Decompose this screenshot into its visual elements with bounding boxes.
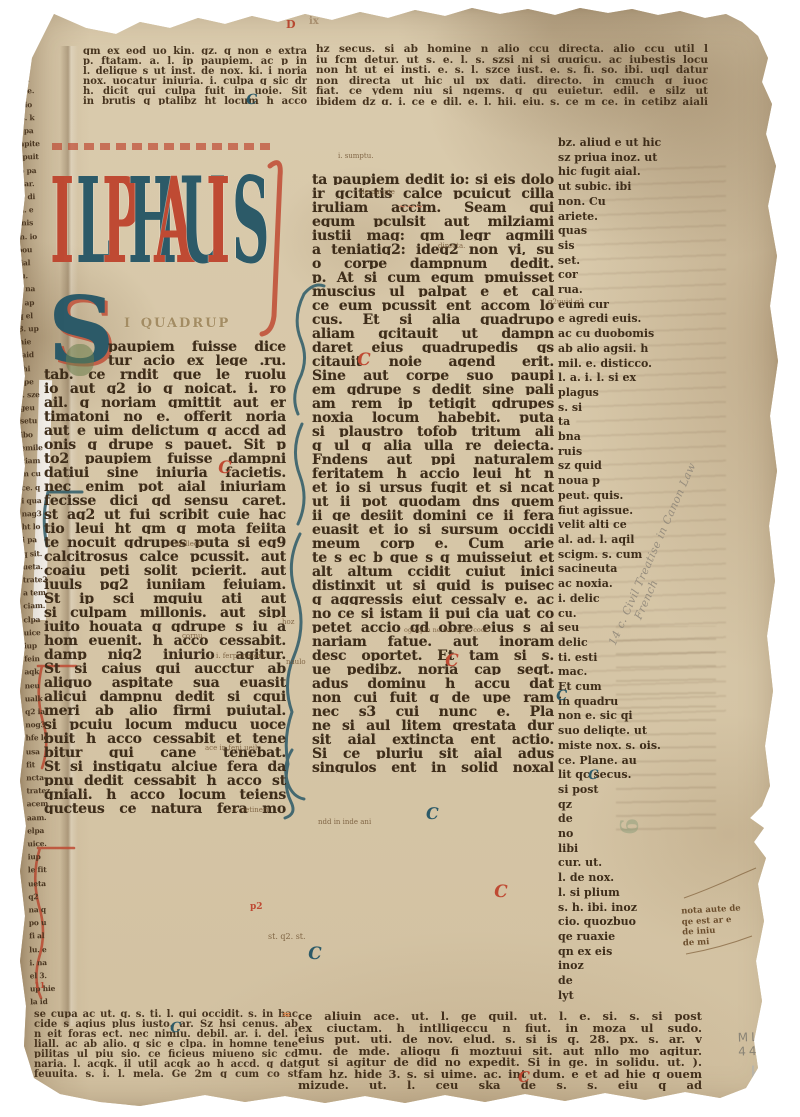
gloss-line: lit qc secus. [558, 768, 710, 783]
text-line: onis q drupe s pauet. Sit p [44, 436, 286, 450]
display-capital: P [102, 148, 113, 294]
gloss-line: non. Cu [558, 195, 710, 210]
gloss-line: no [558, 827, 710, 842]
text-line: feritatem h accio leui ht n [312, 465, 554, 479]
gloss-line: ex ciuctam. h intlligeccu n fiut. in moz… [298, 1022, 702, 1034]
manuscript-photo: D ix qm ex eod uo kin. gz. q non e extra… [0, 0, 800, 1117]
text-line: daret eius quadrupedis qs [312, 339, 554, 353]
gloss-line: cide s aqius plus iusto. ar. Sz hsi cenu… [34, 1018, 298, 1028]
gloss-line: ta [558, 415, 710, 430]
gloss-line: scigm. s. cum [558, 548, 710, 563]
text-line: tio leui ht qm q mota feiita [44, 520, 286, 534]
text-line: o corpe dampnum dedit. [312, 255, 554, 269]
text-line: si plaustro tofob tritum ali [312, 423, 554, 437]
text-line: alicui dampnu dedit si cqui [44, 688, 286, 702]
gloss-line: fiat. ce ydem niu si ngems. q gu euietur… [316, 84, 708, 95]
text-line: iustii mag: qm legr aqmili [312, 227, 554, 241]
manuscript-leaf: D ix qm ex eod uo kin. gz. q non e extra… [20, 6, 782, 1110]
display-capital: A [154, 148, 165, 294]
text-line: petet accio qd obre eius s ai [312, 619, 554, 633]
gloss-line: quas [558, 224, 710, 239]
margin-fragment: h. io [14, 97, 60, 111]
display-capital: S [232, 148, 243, 294]
paraph-mark: C [492, 882, 509, 902]
gloss-line: h. dicit qui culpa fuit in uoie. Sit [83, 85, 307, 95]
gloss-line: qz [558, 798, 710, 813]
text-line: euasit et io si sursum occidi [312, 521, 554, 535]
gloss-line: mizude. ut. l. ceu ska de s. s. eiu q ad [298, 1079, 702, 1091]
text-line: nec enim pot aial iniuriam [44, 478, 286, 492]
penwork-display-text: i quadrup [124, 310, 292, 332]
text-line: ii qe desiit domini ce ii fera [312, 507, 554, 521]
text-line: no ce si istam ii pui cia uat co [312, 605, 554, 619]
text-line: pnu dedit cessabit h acco st [44, 772, 286, 786]
text-line: ue pedibz. noria cap seqt. [312, 661, 554, 675]
text-line: em qdrupe s dedit sine pali [312, 381, 554, 395]
gloss-line: nox. uocatur iniuria. i. culpa q sic dr [83, 75, 307, 85]
text-line: Sine aut corpe suo paupi [312, 367, 554, 381]
gloss-line: non e. sic qi [558, 709, 710, 724]
gloss-line: fam hz. hide 3. s. si uime. ac. int dum.… [298, 1068, 702, 1080]
text-line: nariam fatue. aut inoram [312, 633, 554, 647]
gloss-line: ce. Plane. au [558, 754, 710, 769]
margin-fragment: uide. [14, 84, 60, 98]
text-line: coaiu peti solit pcierit. aut [44, 562, 286, 576]
gloss-line: si post [558, 783, 710, 798]
gloss-line: rua. [558, 283, 710, 298]
text-line: et io si ursus fugit et si ncat [312, 479, 554, 493]
gloss-line: non directa ut hic ul px dati. directo. … [316, 74, 708, 85]
margin-fragment: uc e [14, 58, 60, 72]
gloss-line: eum cur [558, 298, 710, 313]
text-line: hom euenit. h acco cessabit. [44, 632, 286, 646]
text-line: sit aial extincta ent actio. [312, 731, 554, 745]
text-line: St si instigatu alciue fera da [44, 758, 286, 772]
margin-fragment: lu. e [29, 942, 75, 956]
text-column-left: paupiem fuisse dicetur acio ex lege .ru.… [44, 338, 286, 814]
gloss-line: liall. ac ab alio. q sic e clpa. in homn… [34, 1038, 298, 1048]
text-line: St ip sci mquiu ati aut [44, 590, 286, 604]
text-line: muscius ul palpat e et cal [312, 283, 554, 297]
gloss-line: non ht ut ei insti. e. s. l. szce iust. … [316, 63, 708, 74]
text-line: desc oportet. Et tam si s. [312, 647, 554, 661]
gloss-line: de [558, 812, 710, 827]
gloss-line: ce aliuin ace. ut. l. ge quil. ut. l. e.… [298, 1010, 702, 1022]
text-line: datiui sine iniuria facietis. [44, 464, 286, 478]
gloss-line: cor [558, 268, 710, 283]
text-line: ail. q noriam qmittit aut er [44, 394, 286, 408]
text-line: aliquo aspitate sua euasit [44, 674, 286, 688]
gloss-line: in brutis q ptalibz ht locum h acco [83, 95, 307, 105]
gloss-line: suo deliqte. ut [558, 724, 710, 739]
gloss-line: in quadru [558, 695, 710, 710]
top-gloss-left: qm ex eod uo kin. gz. q non e extrap. ft… [83, 45, 307, 105]
margin-fragment: no. k [15, 110, 61, 124]
text-line: iuito houata q qdrupe s iu a liq [44, 618, 286, 632]
gloss-line: de [558, 974, 710, 989]
gloss-line: ut subic. ibi [558, 180, 710, 195]
corner-mark: H. [750, 1062, 772, 1086]
text-line: noxia locum habebit. puta [312, 409, 554, 423]
gloss-line: l. a. i. l. si ex [558, 371, 710, 386]
text-line: te s ec b que s q muisseiut et [312, 549, 554, 563]
gloss-line: qm ex eod uo kin. gz. q non e extra [83, 45, 307, 55]
margin-fragment: uice. [27, 837, 73, 851]
margin-fragment: ueta [28, 876, 74, 890]
text-line: aut e uim delictum q accd ad [44, 422, 286, 436]
gloss-line: cur. ut. [558, 856, 710, 871]
text-line: to2 paupiem fuisse dampni [44, 450, 286, 464]
gloss-line: lyt [558, 989, 710, 1004]
gloss-line: ac cu duobomis [558, 327, 710, 342]
text-line: alt altum ccidit cuiut inici [312, 563, 554, 577]
paraph-mark: p2 [250, 902, 263, 912]
interlinear-note: ndd in inde ani [318, 818, 371, 826]
ink-margin-note: nota aute deqe est ar ede iniude mi [681, 902, 779, 949]
text-line: distinxit ut si quid is puisec [312, 577, 554, 591]
margin-fragment: la id [30, 995, 76, 1009]
display-capital: I [206, 148, 217, 294]
text-line: si pcuiu locum mducu uoce [44, 716, 286, 730]
margin-fragment: fi al [29, 929, 75, 943]
margin-fragment: po u [29, 916, 75, 930]
text-column-center: ta paupiem dedit io: si eis doloir gcita… [312, 171, 554, 773]
text-line: gniali. h acco locum teiens [44, 786, 286, 800]
margin-fragment: el 3. [30, 969, 76, 983]
gloss-line: sis [558, 239, 710, 254]
text-line: a teniatiq2: ideq2 non yi, su [312, 241, 554, 255]
text-line: si culpam millonis. aut sipl [44, 604, 286, 618]
text-line: ne si aul litem qrestata dur [312, 717, 554, 731]
gloss-line: Et cum [558, 680, 710, 695]
gloss-line: mil. e. disticco. [558, 357, 710, 372]
gloss-line: ibidem dz q. i. ce e dil. e. l. hij. eiu… [316, 95, 708, 106]
text-line: ta paupiem dedit io: si eis dolo [312, 171, 554, 185]
text-line: St si caius qui aucctur ab [44, 660, 286, 674]
display-capital: U [180, 148, 191, 294]
text-line: iuuls pq2 iuniiam feiuiam. [44, 576, 286, 590]
gloss-line: n eit foras ect. nec nimiu. debil. ar. i… [34, 1028, 298, 1038]
gloss-line: mac. [558, 665, 710, 680]
text-line: Si ce pluriu sit aial adus [312, 745, 554, 759]
text-line: tur acio ex lege .ru. [44, 352, 286, 366]
gloss-line: gut si agitur de did no expedit. Si in g… [298, 1056, 702, 1068]
running-head-letter: D [286, 18, 296, 31]
gloss-line: e agredi euis. [558, 312, 710, 327]
text-line: meri ab alio firmi puiutal. [44, 702, 286, 716]
gloss-line: mu. de mde. alioqu fi moztuui sit. aut n… [298, 1045, 702, 1057]
text-line: q aggressis eiut cessaly e. ac [312, 591, 554, 605]
gloss-line: se cupa ac ut. q. s. ti. l. qui occidit.… [34, 1008, 298, 1018]
text-line: calcitrosus calce pcussit. aut co2 [44, 548, 286, 562]
gloss-line: bz. aliud e ut hic [558, 136, 710, 151]
gloss-line: ariete. [558, 210, 710, 225]
text-line: iruliam accim. Seam qui [312, 199, 554, 213]
text-line: nec s3 cui nunc e. Pla [312, 703, 554, 717]
text-line: bitur qui cane tenebat. [44, 744, 286, 758]
gloss-line: hz secus. si ab homine n alio ccu direct… [316, 42, 708, 53]
text-line: Fndens aut ppi naturalem [312, 451, 554, 465]
paraph-mark: C [306, 944, 323, 964]
gloss-line: bna [558, 430, 710, 445]
text-line: ir gcitatis calce pcuicut cilla [312, 185, 554, 199]
text-line: paupiem fuisse dice [44, 338, 286, 352]
text-line: ut ii pot quodam dns quem [312, 493, 554, 507]
gloss-line: sz priua inoz. ut [558, 151, 710, 166]
gloss-line: l. de nox. [558, 871, 710, 886]
top-gloss-right: hz secus. si ab homine n alio ccu direct… [316, 42, 708, 105]
gloss-line: hic fugit aial. [558, 165, 710, 180]
text-line: io aut q2 io q noicat. i. ro [44, 380, 286, 394]
display-capital: H [128, 148, 139, 294]
margin-fragment: le fit [28, 863, 74, 877]
text-line: non cui fuit q de upe ram [312, 689, 554, 703]
gloss-line: s. si [558, 401, 710, 416]
margin-fragment: i. na [29, 955, 75, 969]
text-line: singulos ent in solid noxal [312, 759, 554, 773]
gloss-line: l. si plium [558, 886, 710, 901]
text-line: adus dominu h accu dat [312, 675, 554, 689]
display-capital: I [50, 148, 61, 294]
interlinear-note: naulo [286, 658, 306, 666]
text-line: damp niq2 iniurio agitur. [44, 646, 286, 660]
paraph-mark: C [424, 804, 440, 823]
interlinear-note: i. sumptu. [338, 152, 373, 160]
margin-fragment: q2 [28, 889, 74, 903]
text-line: equm pculsit aut milziami [312, 213, 554, 227]
margin-fragment: li. q [14, 71, 60, 85]
text-line: q ul q alia ulla re deiecta. [312, 437, 554, 451]
text-line: ce eum pcussit ent accom lo [312, 297, 554, 311]
gloss-line: l. delique s ut inst. de nox. ki. i nori… [83, 65, 307, 75]
text-line: te nocuit qdrupes puta si eq9 [44, 534, 286, 548]
right-gloss-column: bz. aliud e ut hicsz priua inoz. uthic f… [558, 136, 710, 1003]
gloss-line: pilitas ul piu sio. ce ficieus miueno si… [34, 1048, 298, 1058]
margin-fragment: up hie [30, 982, 76, 996]
bottom-gloss-left: se cupa ac ut. q. s. ti. l. qui occidit.… [34, 1008, 298, 1078]
display-capital: L [76, 148, 87, 294]
text-line: fecisse dici qd sensu caret. [44, 492, 286, 506]
gloss-line: plagus [558, 386, 710, 401]
gloss-line: eius put. uti. de nov. elud. s. si is q.… [298, 1033, 702, 1045]
bottom-gloss-right: ce aliuin ace. ut. l. ge quil. ut. l. e.… [298, 1010, 702, 1091]
running-head-numeral: ix [309, 16, 319, 27]
gloss-line: sacineuta [558, 562, 710, 577]
shelfmark-line: MLC [738, 1029, 773, 1044]
margin-fragment: elpa [27, 823, 73, 837]
gloss-line: feuuita. s. i. l. mela. Ge 2m q cum co s… [34, 1068, 298, 1078]
text-line: citauit noie agend erit. [312, 353, 554, 367]
margin-fragment: s. pa [15, 124, 61, 138]
text-line: cus. Et si alia quadrupo [312, 311, 554, 325]
gloss-line: miste nox. s. ois. [558, 739, 710, 754]
gloss-line: iu fcm detur. ut s. e. l. s. szsi ni si … [316, 53, 708, 64]
gloss-line: libi [558, 842, 710, 857]
interlinear-note: st. q2. st. [268, 932, 306, 941]
text-line: meum corp e. Cum arie [312, 535, 554, 549]
shelfmark-line: 448 [738, 1043, 773, 1058]
gloss-line: p. ftatam. a. l. ip paupiem. ac p in [83, 55, 307, 65]
gloss-line: ab alio agsii. h [558, 342, 710, 357]
text-line: tab. ce rndit que le ruolu [44, 366, 286, 380]
text-line: am rem ip tetigit qdrupes [312, 395, 554, 409]
gloss-line: set. [558, 254, 710, 269]
gloss-line: naria. l. acqk. il util acqk ao h accd. … [34, 1058, 298, 1068]
text-line: st aq2 ut fui scribit cuie hac [44, 506, 286, 520]
text-line: p. At si cum equm pmuisset [312, 269, 554, 283]
gloss-line: ti. esti [558, 651, 710, 666]
text-line: timatoni no e. offerit noria [44, 408, 286, 422]
text-line: buit h acco cessabit et tene [44, 730, 286, 744]
text-line: qucteus ce natura fera mo [44, 800, 286, 814]
shelfmark-label: MLC 448 [738, 1029, 773, 1058]
margin-fragment: iup [28, 850, 74, 864]
gloss-line: al. ad. l. aqil [558, 533, 710, 548]
text-line: aliam gcitauit ut dampn [312, 325, 554, 339]
margin-fragment: na q [28, 903, 74, 917]
gloss-line: inoz [558, 959, 710, 974]
